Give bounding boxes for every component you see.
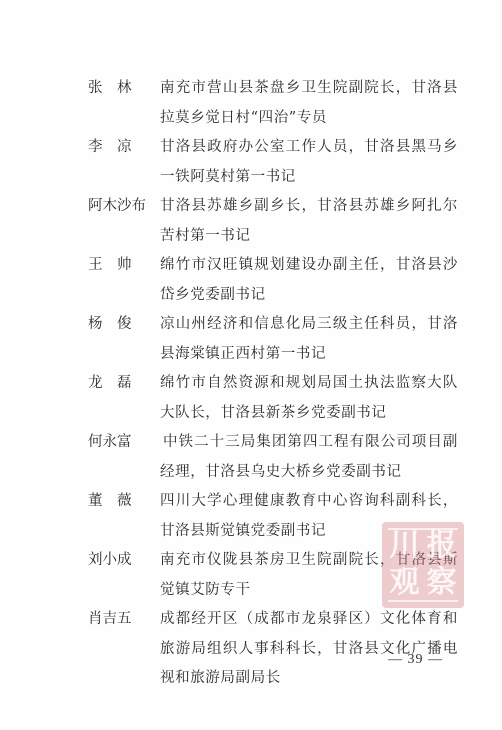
document-page: 张 林 南充市营山县茶盘乡卫生院副院长，甘洛县拉莫乡觉日村“四治”专员 李 凉 … [0, 0, 502, 730]
list-item: 刘小成 南充市仪陇县茶房卫生院副院长，甘洛县斯觉镇艾防专干 [88, 546, 458, 605]
person-name: 杨 俊 [88, 310, 160, 340]
list-item: 阿木沙布 甘洛县苏雄乡副乡长，甘洛县苏雄乡阿扎尔苦村第一书记 [88, 192, 458, 251]
list-item: 张 林 南充市营山县茶盘乡卫生院副院长，甘洛县拉莫乡觉日村“四治”专员 [88, 74, 458, 133]
person-name: 董 薇 [88, 487, 160, 517]
person-position: 凉山州经济和信息化局三级主任科员，甘洛县海棠镇正西村第一书记 [160, 310, 458, 369]
person-name: 阿木沙布 [88, 192, 160, 222]
person-position: 成都经开区（成都市龙泉驿区）文化体育和旅游局组织人事科科长，甘洛县文化广播电视和… [160, 605, 458, 694]
person-position: 甘洛县政府办公室工作人员，甘洛县黑马乡一铁阿莫村第一书记 [160, 133, 458, 192]
person-position: 甘洛县苏雄乡副乡长，甘洛县苏雄乡阿扎尔苦村第一书记 [160, 192, 458, 251]
person-name: 何永富 [88, 428, 160, 458]
person-position: 绵竹市汉旺镇规划建设办副主任，甘洛县沙岱乡党委副书记 [160, 251, 458, 310]
person-name: 张 林 [88, 74, 160, 104]
person-position: 中铁二十三局集团第四工程有限公司项目副经理，甘洛县乌史大桥乡党委副书记 [160, 428, 458, 487]
page-number: — 39 — [388, 652, 443, 668]
list-item: 何永富 中铁二十三局集团第四工程有限公司项目副经理，甘洛县乌史大桥乡党委副书记 [88, 428, 458, 487]
list-item: 王 帅 绵竹市汉旺镇规划建设办副主任，甘洛县沙岱乡党委副书记 [88, 251, 458, 310]
person-position: 绵竹市自然资源和规划局国土执法监察大队大队长，甘洛县新茶乡党委副书记 [160, 369, 458, 428]
person-name: 李 凉 [88, 133, 160, 163]
list-item: 肖吉五 成都经开区（成都市龙泉驿区）文化体育和旅游局组织人事科科长，甘洛县文化广… [88, 605, 458, 694]
person-name: 刘小成 [88, 546, 160, 576]
list-item: 龙 磊 绵竹市自然资源和规划局国土执法监察大队大队长，甘洛县新茶乡党委副书记 [88, 369, 458, 428]
person-position: 南充市仪陇县茶房卫生院副院长，甘洛县斯觉镇艾防专干 [160, 546, 458, 605]
person-position: 四川大学心理健康教育中心咨询科副科长，甘洛县斯觉镇党委副书记 [160, 487, 458, 546]
person-name: 王 帅 [88, 251, 160, 281]
personnel-list: 张 林 南充市营山县茶盘乡卫生院副院长，甘洛县拉莫乡觉日村“四治”专员 李 凉 … [88, 74, 458, 694]
person-name: 龙 磊 [88, 369, 160, 399]
list-item: 李 凉 甘洛县政府办公室工作人员，甘洛县黑马乡一铁阿莫村第一书记 [88, 133, 458, 192]
list-item: 杨 俊 凉山州经济和信息化局三级主任科员，甘洛县海棠镇正西村第一书记 [88, 310, 458, 369]
list-item: 董 薇 四川大学心理健康教育中心咨询科副科长，甘洛县斯觉镇党委副书记 [88, 487, 458, 546]
person-name: 肖吉五 [88, 605, 160, 635]
person-position: 南充市营山县茶盘乡卫生院副院长，甘洛县拉莫乡觉日村“四治”专员 [160, 74, 458, 133]
